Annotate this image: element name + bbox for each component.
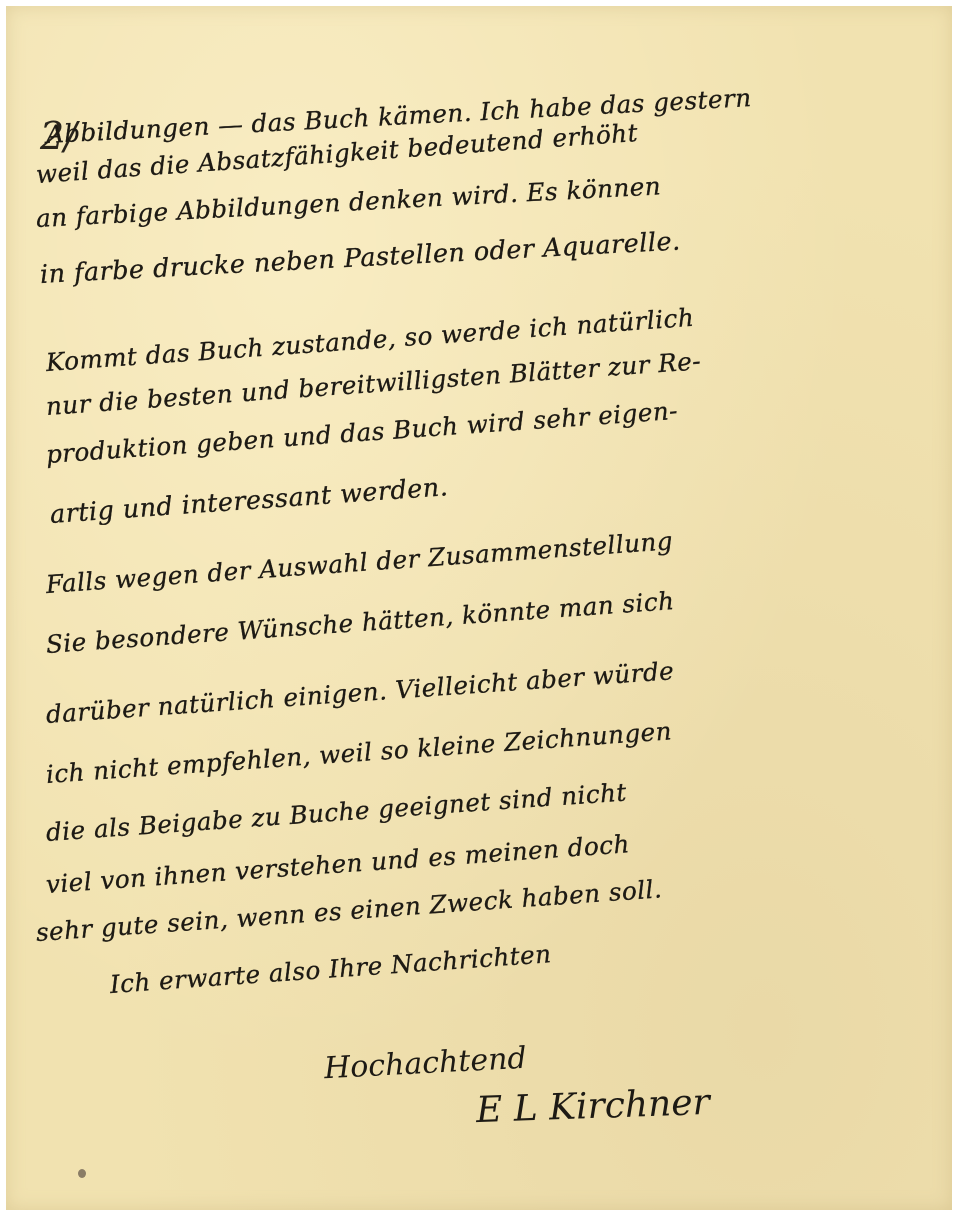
signature: E L Kirchner bbox=[475, 1082, 710, 1131]
handwritten-line: artig und interessant werden. bbox=[49, 471, 449, 529]
handwritten-line: Sie besondere Wünsche hätten, könnte man… bbox=[45, 586, 675, 659]
handwritten-line: Ich erwarte also Ihre Nachrichten bbox=[109, 939, 552, 999]
handwritten-line: darüber natürlich einigen. Vielleicht ab… bbox=[45, 656, 675, 729]
letter-page: 2/ Abbildungen — das Buch kämen. Ich hab… bbox=[6, 6, 952, 1210]
handwritten-line: ich nicht empfehlen, weil so kleine Zeic… bbox=[45, 716, 673, 789]
paper-stain bbox=[78, 1169, 86, 1178]
handwritten-line: Falls wegen der Auswahl der Zusammenstel… bbox=[45, 526, 674, 599]
handwritten-line: in farbe drucke neben Pastellen oder Aqu… bbox=[39, 225, 681, 289]
closing-salutation: Hochachtend bbox=[323, 1041, 527, 1087]
